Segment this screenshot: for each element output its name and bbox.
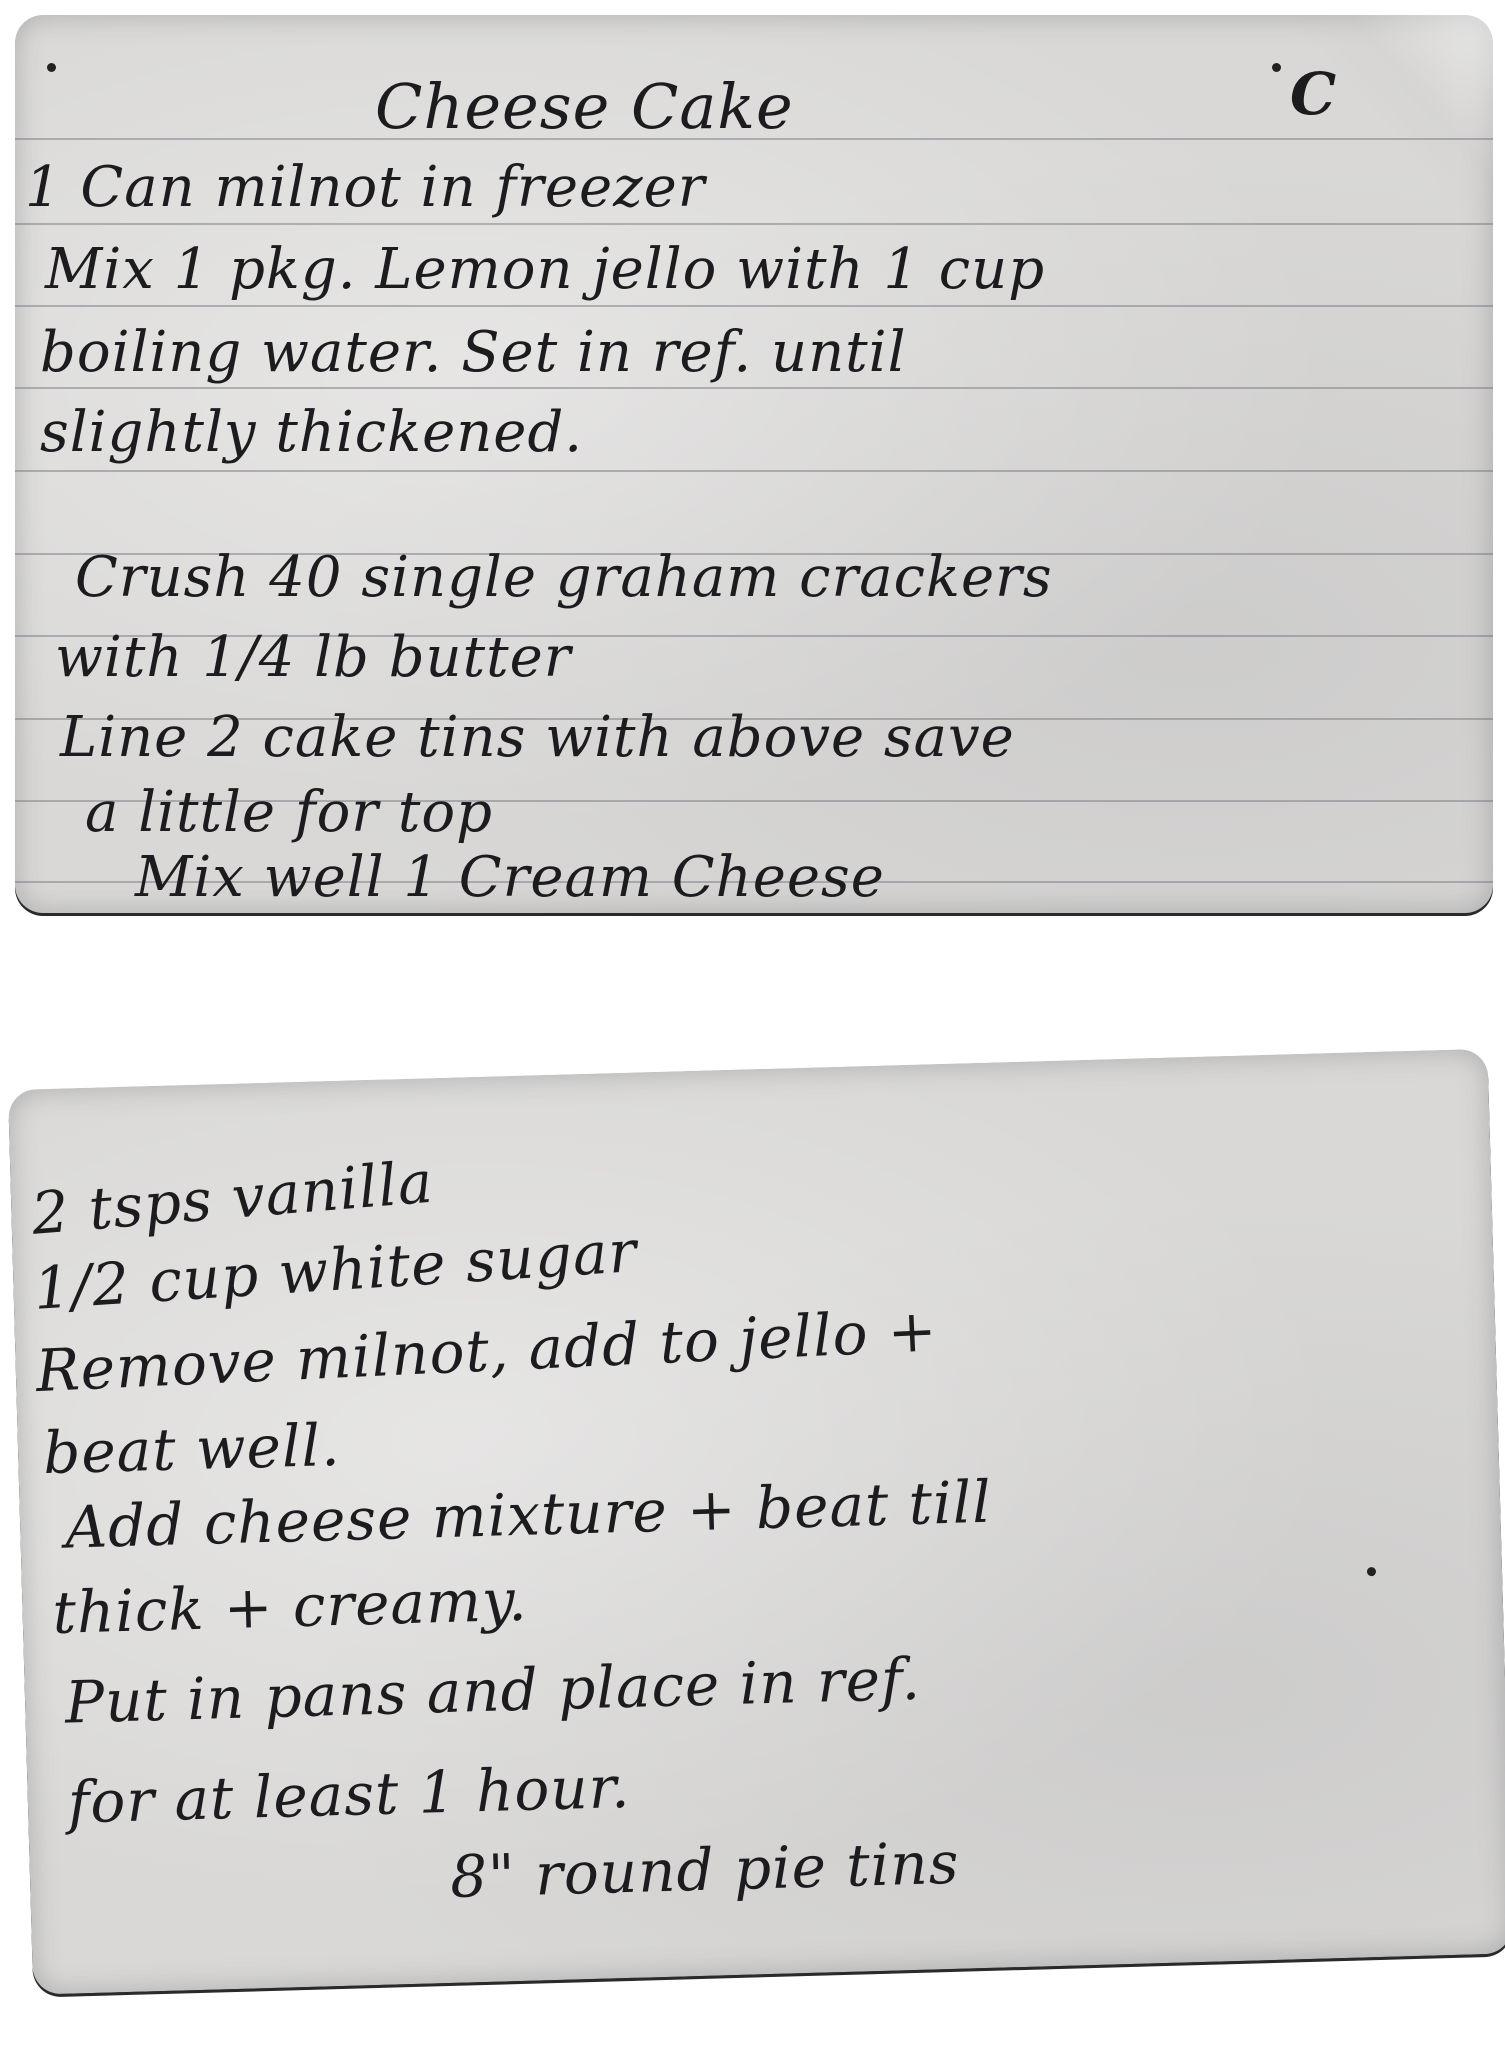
recipe-line: a little for top bbox=[85, 780, 493, 845]
ink-dot bbox=[1272, 63, 1281, 72]
ruled-line bbox=[15, 223, 1493, 225]
recipe-title: Cheese Cake bbox=[375, 70, 794, 143]
recipe-line: slightly thickened. bbox=[40, 400, 583, 465]
corner-letter-mark: C bbox=[1290, 60, 1337, 128]
recipe-line: 8" round pie tins bbox=[449, 1829, 960, 1911]
ruled-line bbox=[15, 305, 1493, 307]
recipe-line: Line 2 cake tins with above save bbox=[60, 705, 1015, 770]
recipe-line: Crush 40 single graham crackers bbox=[75, 545, 1053, 610]
recipe-line: for at least 1 hour. bbox=[67, 1753, 631, 1837]
recipe-line: with 1/4 lb butter bbox=[55, 625, 572, 690]
ruled-line bbox=[15, 470, 1493, 472]
recipe-line: boiling water. Set in ref. until bbox=[40, 320, 906, 385]
ink-dot bbox=[47, 63, 56, 72]
recipe-line: Put in pans and place in ref. bbox=[64, 1645, 922, 1737]
recipe-line: Mix 1 pkg. Lemon jello with 1 cup bbox=[45, 237, 1045, 302]
recipe-line: Mix well 1 Cream Cheese bbox=[135, 845, 885, 910]
recipe-card-front: Cheese Cake C 1 Can milnot in freezer Mi… bbox=[15, 15, 1493, 913]
recipe-line: thick + creamy. bbox=[52, 1566, 529, 1647]
ink-dot bbox=[1367, 1567, 1376, 1576]
folded-corner bbox=[1241, 15, 1493, 224]
ruled-line bbox=[15, 387, 1493, 389]
recipe-card-back: 2 tsps vanilla 1/2 cup white sugar Remov… bbox=[8, 1049, 1505, 1995]
recipe-line: beat well. bbox=[42, 1411, 341, 1487]
recipe-line: 1 Can milnot in freezer bbox=[25, 155, 706, 220]
